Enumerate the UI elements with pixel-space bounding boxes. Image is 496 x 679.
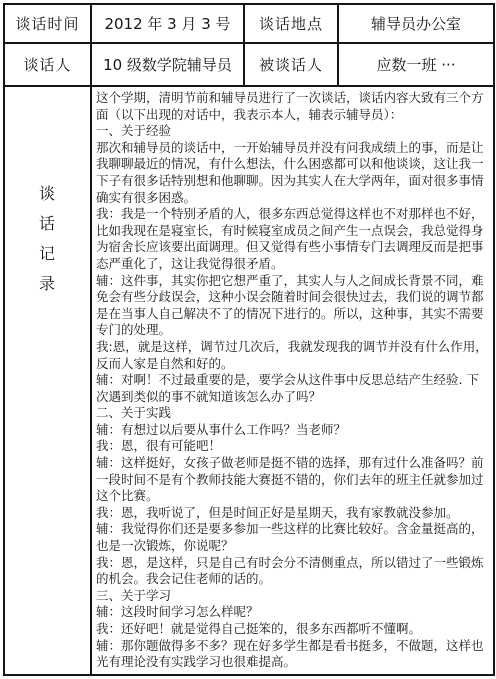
talker-label: 谈话人 — [4, 43, 91, 86]
talk-place-label: 谈话地点 — [244, 4, 338, 43]
interview-record-table: 谈话时间 2012 年 3 月 3 号 谈话地点 辅导员办公室 谈话人 10 级… — [3, 3, 495, 676]
talkee-label: 被谈话人 — [244, 43, 338, 86]
talk-place-value: 辅导员办公室 — [338, 4, 494, 43]
record-row: 谈 话 记 录 这个学期，清明节前和辅导员进行了一次谈话，谈话内容大致有三个方 … — [4, 86, 494, 675]
talker-value: 10 级数学院辅导员 — [91, 43, 244, 86]
talkee-value: 应数一班 ··· — [338, 43, 494, 86]
meta-row-participants: 谈话人 10 级数学院辅导员 被谈话人 应数一班 ··· — [4, 43, 494, 86]
record-section-label: 谈 话 记 录 — [4, 86, 91, 675]
meta-row-time-place: 谈话时间 2012 年 3 月 3 号 谈话地点 辅导员办公室 — [4, 4, 494, 43]
talk-time-label: 谈话时间 — [4, 4, 91, 43]
record-content-text: 这个学期，清明节前和辅导员进行了一次谈话，谈话内容大致有三个方 面（以下出现的对… — [91, 86, 494, 675]
talk-time-value: 2012 年 3 月 3 号 — [91, 4, 244, 43]
interview-record-document: 谈话时间 2012 年 3 月 3 号 谈话地点 辅导员办公室 谈话人 10 级… — [3, 3, 493, 676]
